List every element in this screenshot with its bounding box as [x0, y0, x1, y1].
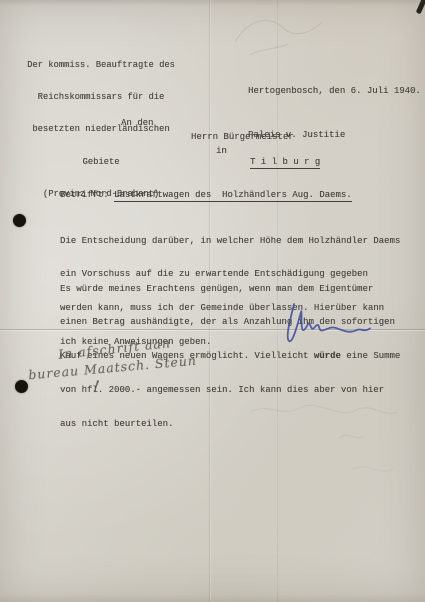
- signature: [272, 297, 382, 355]
- hole-punch-top: [13, 214, 26, 227]
- body-line: Die Entscheidung darüber, in welcher Höh…: [60, 236, 400, 247]
- body-paragraph-2: Es würde meines Erachtens genügen, wenn …: [60, 261, 400, 453]
- letterhead-line: Der kommiss. Beauftragte des: [26, 60, 176, 71]
- recipient-in: in: [216, 146, 227, 157]
- recipient-city-underlined: T i l b u r g: [250, 157, 320, 169]
- scanned-letter-page: Der kommiss. Beauftragte des Reichskommi…: [0, 0, 425, 602]
- subject-label: Betrifft:: [60, 190, 114, 200]
- subject-line: Betrifft: Lastkraftwagen des Holzhändler…: [60, 190, 352, 201]
- subject-text-underlined: Lastkraftwagen des Holzhändlers Aug. Dae…: [114, 190, 352, 202]
- body-line: aus nicht beurteilen.: [60, 419, 400, 430]
- letterhead-line: besetzten niederländischen: [26, 124, 176, 135]
- date-block: Hertogenbosch, den 6. Juli 1940. Paleis …: [248, 55, 421, 171]
- recipient-city: T i l b u r g: [250, 157, 320, 168]
- letterhead-line: Gebiete: [26, 157, 176, 168]
- place-and-date: Hertogenbosch, den 6. Juli 1940.: [248, 84, 421, 99]
- recipient-name: Herrn Bürgermeister: [191, 132, 294, 143]
- letterhead-line: Reichskommissars für die: [26, 92, 176, 103]
- body-line: Es würde meines Erachtens genügen, wenn …: [60, 284, 400, 295]
- hole-punch-bottom: [15, 380, 28, 393]
- recipient-salutation: An den: [121, 118, 153, 129]
- corner-ink-mark: [416, 0, 425, 14]
- body-line: von hfl. 2000.- angemessen sein. Ich kan…: [60, 385, 400, 396]
